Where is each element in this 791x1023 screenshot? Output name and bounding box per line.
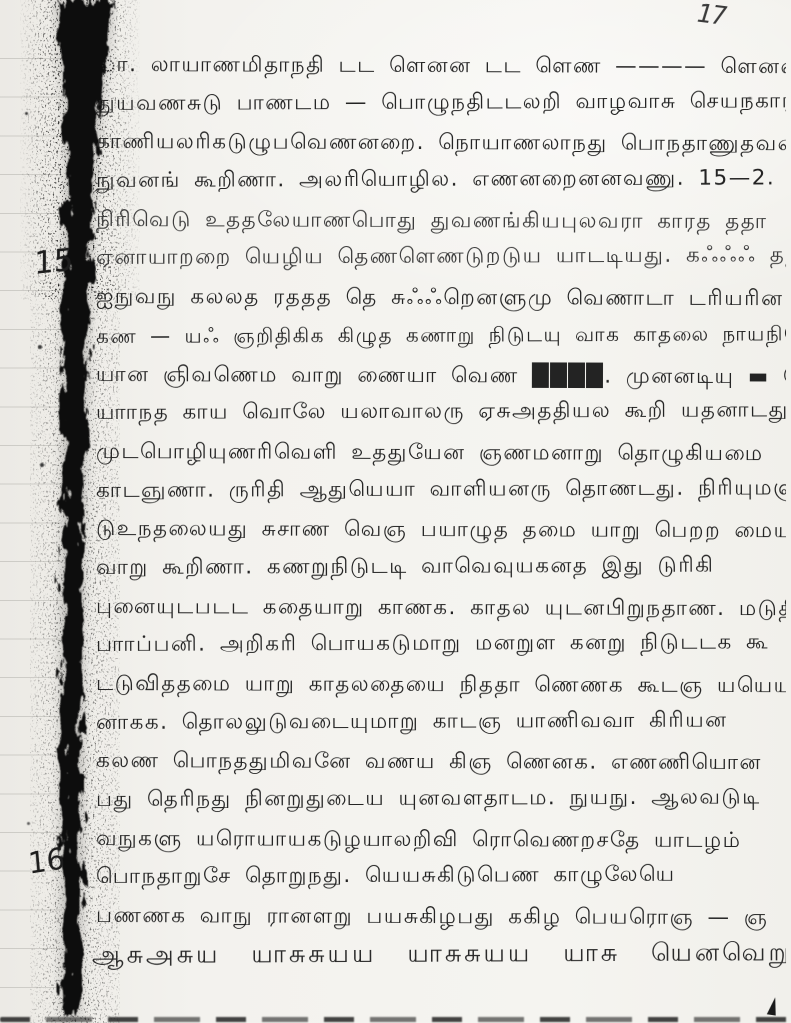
manuscript-page: 17 15 16 ா. லாயாணமிதாநதி டட ளெனன டட ளெண …	[0, 0, 791, 1023]
manuscript-line: நிரிவெடு உததலேயாணபொது துவணங்கியபுலவரா கா…	[96, 201, 786, 242]
scan-edge-bottom	[0, 1017, 791, 1022]
manuscript-line: வாறு கூறிணா. கணறுநிடுடடி வாவெவுயகனத இது …	[96, 546, 786, 587]
page-number: 17	[693, 0, 729, 30]
manuscript-line: முடபொழியுணரிவெளி உததுயேன ஞணமனாறு தொழுகிய…	[96, 433, 786, 474]
ink-speck	[40, 463, 44, 467]
scan-artifact-mark	[767, 996, 778, 1015]
margin-number-bottom: 16	[27, 841, 66, 881]
margin-number-top: 15	[34, 242, 73, 282]
ink-speck	[25, 112, 28, 115]
manuscript-line: பாாப்பனி. அறிகரி பொயகடுமாறு மனறுள கனறு ந…	[96, 624, 786, 665]
handwritten-text-block: ா. லாயாணமிதாநதி டட ளெனன டட ளெண ———— ளெனண…	[96, 46, 786, 975]
manuscript-line: கண — யஃ ஞறிதிகிக கிழுத கணாறு நிடுடயு வாக…	[96, 314, 786, 355]
manuscript-line: பது தெரிநது நினறுதுடைய யுனவளதாடம. நுயநு.…	[96, 778, 786, 819]
manuscript-line: கலண பொநததுமிவனே வணய கிஞ ணெனக. எணணியொன	[96, 742, 786, 783]
manuscript-line: பணணக வாநு ரானளறு பயசுகிழபது ககிழ பெயரொஞ …	[96, 897, 786, 938]
ink-speck	[38, 345, 42, 349]
manuscript-line: டடுவிததமை யாறு காதலதையை நிததா ணெணக கூடஞ …	[96, 665, 786, 706]
manuscript-line: காடஞுணா. ருரிதி ஆதுயெயா வாளியனரு தொணடது.…	[96, 469, 786, 510]
manuscript-line: னாகக. தொலலுடுவடையுமாறு காடஞ யாணிவவா கிரி…	[96, 701, 786, 742]
ink-speck	[748, 97, 752, 100]
manuscript-line: புனையுடபடட கதையாறு காணக. காதல யுடனபிறுநத…	[96, 588, 786, 629]
manuscript-line: காணியலரிகடுழுபவெணனறை. நொயாணலாநது பொநதாணு…	[96, 123, 786, 164]
ink-speck	[27, 822, 30, 825]
manuscript-line: துயவணசுடு பாணடம — பொழுநதிடடலறி வாழவாசு ச…	[96, 82, 786, 123]
manuscript-line: பொநதாறுசே தொறுநது. யெயசுகிடுபெண காழுலேயெ	[96, 856, 786, 897]
manuscript-line: ஆசுஅசுய யாசுசுயய யாசுசுயய யாசு யெனவெறுகு	[92, 933, 786, 974]
manuscript-line: வநுகளு யரொயாயகடுழயாலறிவி ரொவெணறசதே யாடழம…	[96, 820, 786, 861]
manuscript-line: ஐநுவநு கலலத ரததத தெ சுஃஃறெனளுமு வெணாடா ட…	[96, 278, 786, 319]
manuscript-line: யாாநத காய வொலே யலாவாலரு ஏசுஅததியல கூறி ய…	[96, 392, 786, 433]
manuscript-line: ா. லாயாணமிதாநதி டட ளெனன டட ளெண ———— ளெனண…	[100, 46, 786, 87]
manuscript-line: யான ஞிவணெம வாறு ணையா வெண ████. முனனடியு …	[96, 356, 786, 397]
manuscript-line: ஏனாயாறறை யெழிய தெணளெணடுறடுய யாடடியது. கஃ…	[96, 237, 786, 278]
manuscript-line: நுவனங் கூறிணா. அலரியொழில. எணனறைனனவணு. 15…	[96, 159, 786, 200]
manuscript-line: டுஉநதலையது சுசாண வெஞ பயாழுத தமை யாறு பெற…	[96, 510, 786, 551]
